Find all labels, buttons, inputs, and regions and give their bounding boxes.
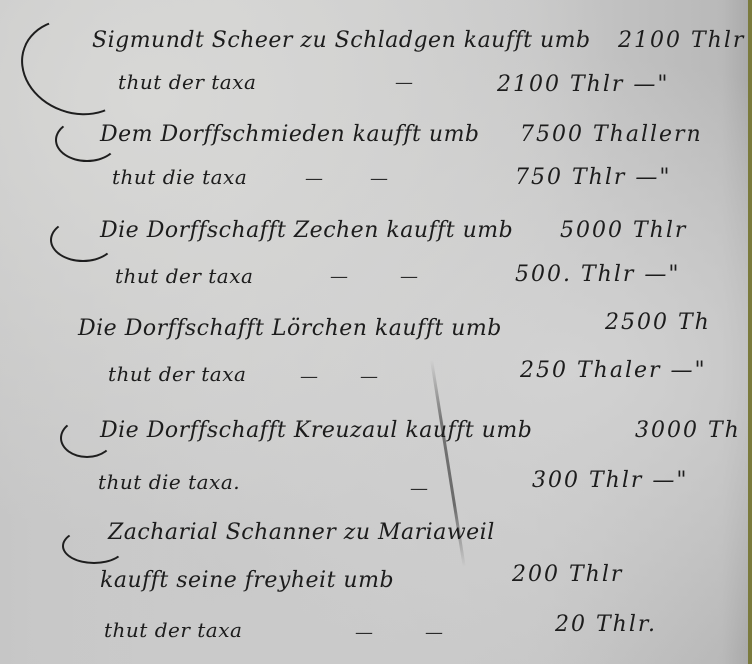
entry-3-amount: 5000 Thlr [560, 218, 687, 243]
entry-1-tax-label: thut der taxa [118, 70, 256, 94]
scan-edge [748, 0, 752, 664]
entry-6-dash: — [355, 622, 373, 643]
entry-6-dash-2: — [425, 622, 443, 643]
entry-4-amount: 2500 Th [605, 310, 711, 335]
entry-3-text: Die Dorffschafft Zechen kaufft umb [100, 218, 513, 243]
entry-2-tax-amount: 750 Thlr —" [515, 165, 672, 190]
entry-4-tax-label: thut der taxa [108, 362, 246, 386]
entry-3-tax-amount: 500. Thlr —" [515, 262, 681, 287]
entry-6-text-2: kaufft seine freyheit umb [100, 568, 394, 593]
entry-2-amount: 7500 Thallern [520, 122, 703, 147]
entry-6-amount: 200 Thlr [512, 562, 623, 587]
entry-5-tax-label: thut die taxa. [98, 470, 240, 494]
entry-3-dash-2: — [400, 266, 418, 287]
entry-5-tax-amount: 300 Thlr —" [532, 468, 689, 493]
entry-5-amount: 3000 Th [635, 418, 741, 443]
entry-2-dash-2: — [370, 168, 388, 189]
entry-1-dash: — [395, 72, 413, 93]
entry-4-dash-2: — [360, 366, 378, 387]
entry-3-tax-label: thut der taxa [115, 264, 253, 288]
entry-6-tax-amount: 20 Thlr. [555, 612, 657, 637]
entry-5-dash: — [410, 478, 428, 499]
entry-3-dash: — [330, 266, 348, 287]
entry-6-tax-label: thut der taxa [104, 618, 242, 642]
initial-flourish [7, 3, 146, 130]
entry-1-text: Sigmundt Scheer zu Schladgen kaufft umb [92, 28, 591, 53]
entry-2-dash: — [305, 168, 323, 189]
entry-1-tax-amount: 2100 Thlr —" [497, 72, 670, 97]
entry-1-amount: 2100 Thlr [618, 28, 745, 53]
entry-6-text: Zacharial Schanner zu Mariaweil [108, 520, 495, 545]
entry-5-text: Die Dorffschafft Kreuzaul kaufft umb [100, 418, 532, 443]
manuscript-page: Sigmundt Scheer zu Schladgen kaufft umb … [0, 0, 752, 664]
entry-2-text: Dem Dorffschmieden kaufft umb [100, 122, 480, 147]
entry-4-text: Die Dorffschafft Lörchen kaufft umb [78, 316, 502, 341]
entry-4-tax-amount: 250 Thaler —" [520, 358, 707, 383]
entry-4-dash: — [300, 366, 318, 387]
entry-2-tax-label: thut die taxa [112, 165, 247, 189]
